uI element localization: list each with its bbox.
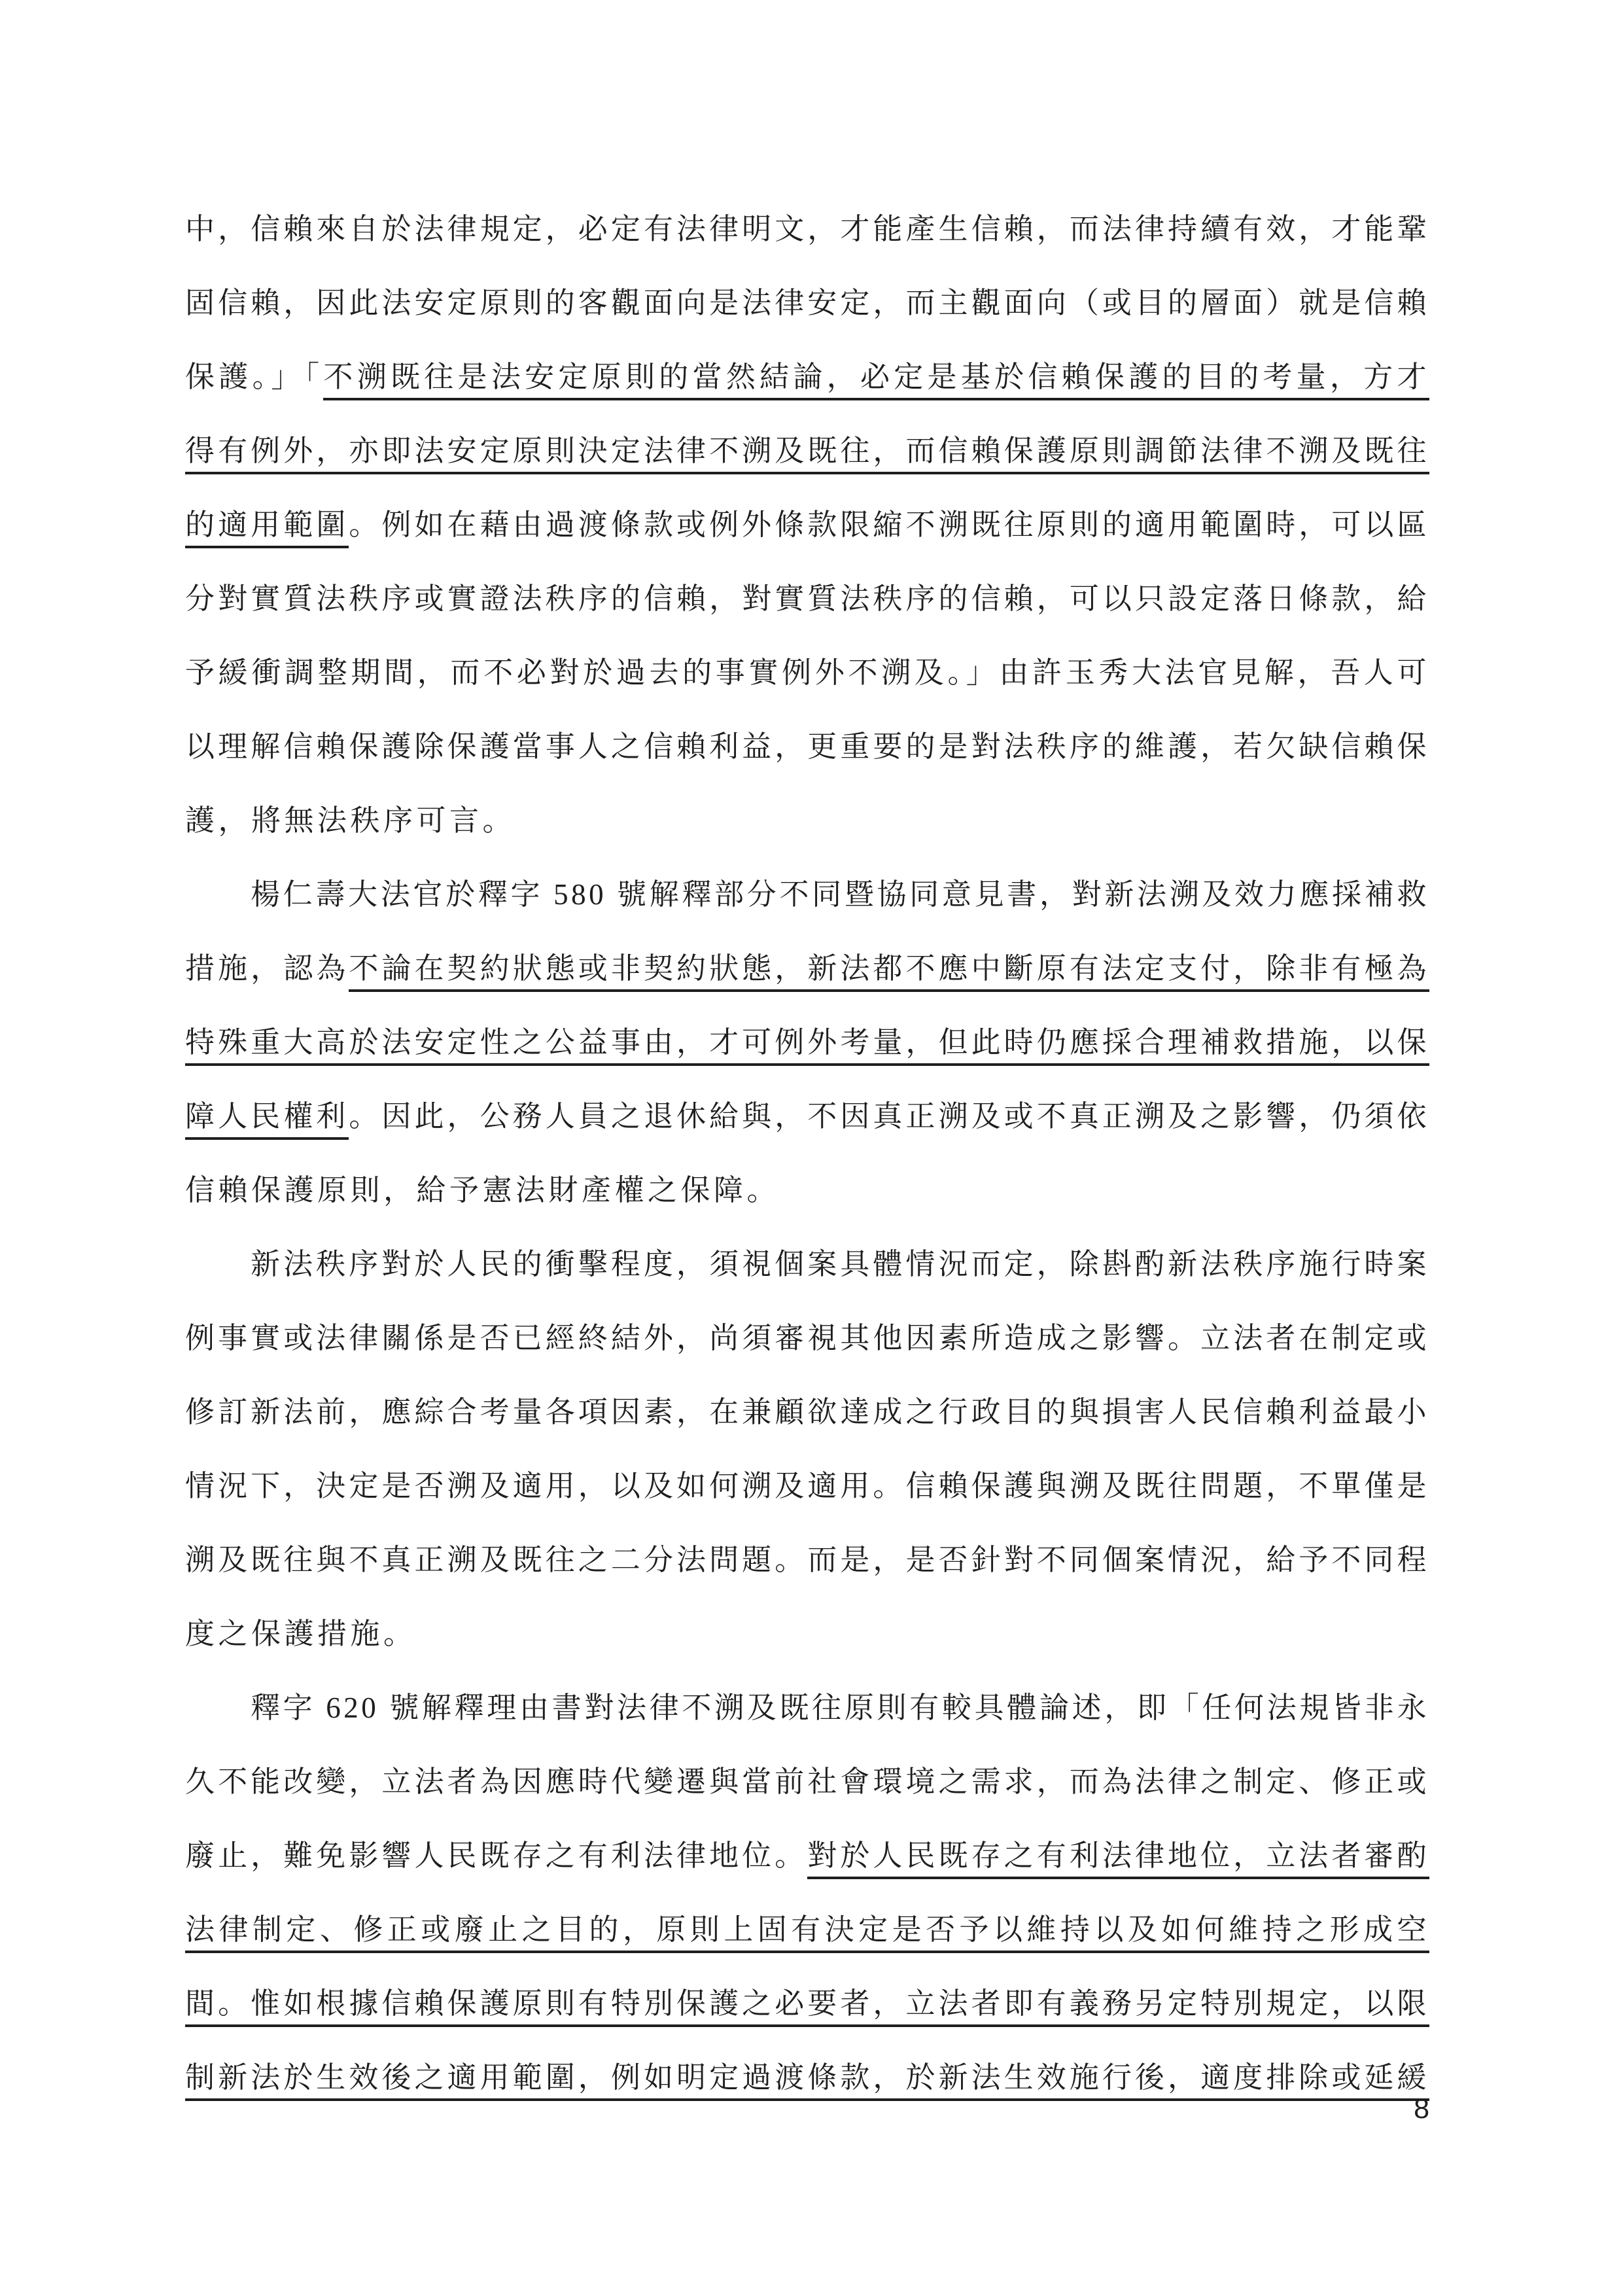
text-segment: 以理解信賴保護除保護當事人之信賴利益，更重要的是對法秩序的維護，若欠缺信賴保 <box>185 730 1429 763</box>
text-line-2: 固信賴，因此法安定原則的客觀面向是法律安定，而主觀面向（或目的層面）就是信賴 <box>185 266 1429 340</box>
underlined-text: 的適用範圍 <box>185 508 349 548</box>
text-line-5: 的適用範圍。例如在藉由過渡條款或例外條款限縮不溯既往原則的適用範圍時，可以區 <box>185 488 1429 562</box>
text-line-9: 護，將無法秩序可言。 <box>185 784 1429 858</box>
text-line-13: 障人民權利。因此，公務人員之退休給與，不因真正溯及或不真正溯及之影響，仍須依 <box>185 1080 1429 1154</box>
text-segment: 固信賴，因此法安定原則的客觀面向是法律安定，而主觀面向（或目的層面）就是信賴 <box>185 287 1429 319</box>
text-line-7: 予緩衝調整期間，而不必對於過去的事實例外不溯及。」由許玉秀大法官見解，吾人可 <box>185 636 1429 710</box>
text-line-6: 分對實質法秩序或實證法秩序的信賴，對實質法秩序的信賴，可以只設定落日條款，給 <box>185 562 1429 636</box>
document-page: 中，信賴來自於法律規定，必定有法律明文，才能產生信賴，而法律持續有效，才能鞏固信… <box>0 0 1623 2296</box>
text-line-17: 修訂新法前，應綜合考量各項因素，在兼顧欲達成之行政目的與損害人民信賴利益最小 <box>185 1375 1429 1449</box>
text-line-11: 措施，認為不論在契約狀態或非契約狀態，新法都不應中斷原有法定支付，除非有極為 <box>185 932 1429 1006</box>
text-line-22: 久不能改變，立法者為因應時代變遷與當前社會環境之需求，而為法律之制定、修正或 <box>185 1745 1429 1819</box>
text-segment: 信賴保護原則，給予憲法財產權之保障。 <box>185 1174 780 1207</box>
text-line-10: 楊仁壽大法官於釋字 580 號解釋部分不同暨協同意見書，對新法溯及效力應採補救 <box>185 858 1429 932</box>
underlined-text: 障人民權利 <box>185 1100 349 1140</box>
underlined-text: 不溯既往是法安定原則的當然結論，必定是基於信賴保護的目的考量，方才 <box>323 361 1429 400</box>
text-segment: 度之保護措施。 <box>185 1617 417 1650</box>
text-segment: 溯及既往與不真正溯及既往之二分法問題。而是，是否針對不同個案情況，給予不同程 <box>185 1544 1429 1576</box>
text-segment: 護，將無法秩序可言。 <box>185 804 515 837</box>
text-line-21: 釋字 620 號解釋理由書對法律不溯及既往原則有較具體論述，即「任何法規皆非永 <box>185 1671 1429 1745</box>
text-line-14: 信賴保護原則，給予憲法財產權之保障。 <box>185 1154 1429 1227</box>
text-line-24: 法律制定、修正或廢止之目的，原則上固有決定是否予以維持以及如何維持之形成空 <box>185 1893 1429 1967</box>
text-segment: 中，信賴來自於法律規定，必定有法律明文，才能產生信賴，而法律持續有效，才能鞏 <box>185 213 1429 245</box>
text-line-15: 新法秩序對於人民的衝擊程度，須視個案具體情況而定，除斟酌新法秩序施行時案 <box>185 1227 1429 1301</box>
text-segment: 予緩衝調整期間，而不必對於過去的事實例外不溯及。」由許玉秀大法官見解，吾人可 <box>185 656 1429 689</box>
text-segment: 修訂新法前，應綜合考量各項因素，在兼顧欲達成之行政目的與損害人民信賴利益最小 <box>185 1396 1429 1428</box>
underlined-text: 特殊重大高於法安定性之公益事由，才可例外考量，但此時仍應採合理補救措施，以保 <box>185 1026 1429 1066</box>
underlined-text: 法律制定、修正或廢止之目的，原則上固有決定是否予以維持以及如何維持之形成空 <box>185 1913 1429 1953</box>
text-segment: 措施，認為 <box>185 952 349 985</box>
text-line-16: 例事實或法律關係是否已經終結外，尚須審視其他因素所造成之影響。立法者在制定或 <box>185 1301 1429 1375</box>
underlined-text: 對於人民既存之有利法律地位，立法者審酌 <box>807 1839 1429 1879</box>
text-line-25: 間。惟如根據信賴保護原則有特別保護之必要者，立法者即有義務另定特別規定，以限 <box>185 1967 1429 2041</box>
text-segment: 。例如在藉由過渡條款或例外條款限縮不溯既往原則的適用範圍時，可以區 <box>349 508 1429 541</box>
text-segment: 。因此，公務人員之退休給與，不因真正溯及或不真正溯及之影響，仍須依 <box>349 1100 1429 1133</box>
text-segment: 例事實或法律關係是否已經終結外，尚須審視其他因素所造成之影響。立法者在制定或 <box>185 1322 1429 1354</box>
text-line-23: 廢止，難免影響人民既存之有利法律地位。對於人民既存之有利法律地位，立法者審酌 <box>185 1819 1429 1893</box>
text-line-19: 溯及既往與不真正溯及既往之二分法問題。而是，是否針對不同個案情況，給予不同程 <box>185 1523 1429 1597</box>
text-line-18: 情況下，決定是否溯及適用，以及如何溯及適用。信賴保護與溯及既往問題，不單僅是 <box>185 1449 1429 1523</box>
text-segment: 廢止，難免影響人民既存之有利法律地位。 <box>185 1839 807 1872</box>
text-segment: 分對實質法秩序或實證法秩序的信賴，對實質法秩序的信賴，可以只設定落日條款，給 <box>185 582 1429 615</box>
text-segment: 保護。」「 <box>185 361 323 393</box>
underlined-text: 不論在契約狀態或非契約狀態，新法都不應中斷原有法定支付，除非有極為 <box>349 952 1429 992</box>
text-line-3: 保護。」「不溯既往是法安定原則的當然結論，必定是基於信賴保護的目的考量，方才 <box>185 340 1429 414</box>
page-number: 8 <box>185 2093 1429 2125</box>
body-text: 中，信賴來自於法律規定，必定有法律明文，才能產生信賴，而法律持續有效，才能鞏固信… <box>185 192 1429 2115</box>
underlined-text: 得有例外，亦即法安定原則決定法律不溯及既往，而信賴保護原則調節法律不溯及既往 <box>185 434 1429 474</box>
text-line-1: 中，信賴來自於法律規定，必定有法律明文，才能產生信賴，而法律持續有效，才能鞏 <box>185 192 1429 266</box>
underlined-text: 間。惟如根據信賴保護原則有特別保護之必要者，立法者即有義務另定特別規定，以限 <box>185 1987 1429 2027</box>
text-segment: 新法秩序對於人民的衝擊程度，須視個案具體情況而定，除斟酌新法秩序施行時案 <box>251 1248 1429 1280</box>
text-line-4: 得有例外，亦即法安定原則決定法律不溯及既往，而信賴保護原則調節法律不溯及既往 <box>185 414 1429 488</box>
text-segment: 情況下，決定是否溯及適用，以及如何溯及適用。信賴保護與溯及既往問題，不單僅是 <box>185 1470 1429 1502</box>
text-line-12: 特殊重大高於法安定性之公益事由，才可例外考量，但此時仍應採合理補救措施，以保 <box>185 1006 1429 1080</box>
text-line-20: 度之保護措施。 <box>185 1597 1429 1671</box>
text-line-8: 以理解信賴保護除保護當事人之信賴利益，更重要的是對法秩序的維護，若欠缺信賴保 <box>185 710 1429 784</box>
text-segment: 久不能改變，立法者為因應時代變遷與當前社會環境之需求，而為法律之制定、修正或 <box>185 1765 1429 1798</box>
text-segment: 楊仁壽大法官於釋字 580 號解釋部分不同暨協同意見書，對新法溯及效力應採補救 <box>251 878 1429 911</box>
text-segment: 釋字 620 號解釋理由書對法律不溯及既往原則有較具體論述，即「任何法規皆非永 <box>251 1691 1429 1724</box>
